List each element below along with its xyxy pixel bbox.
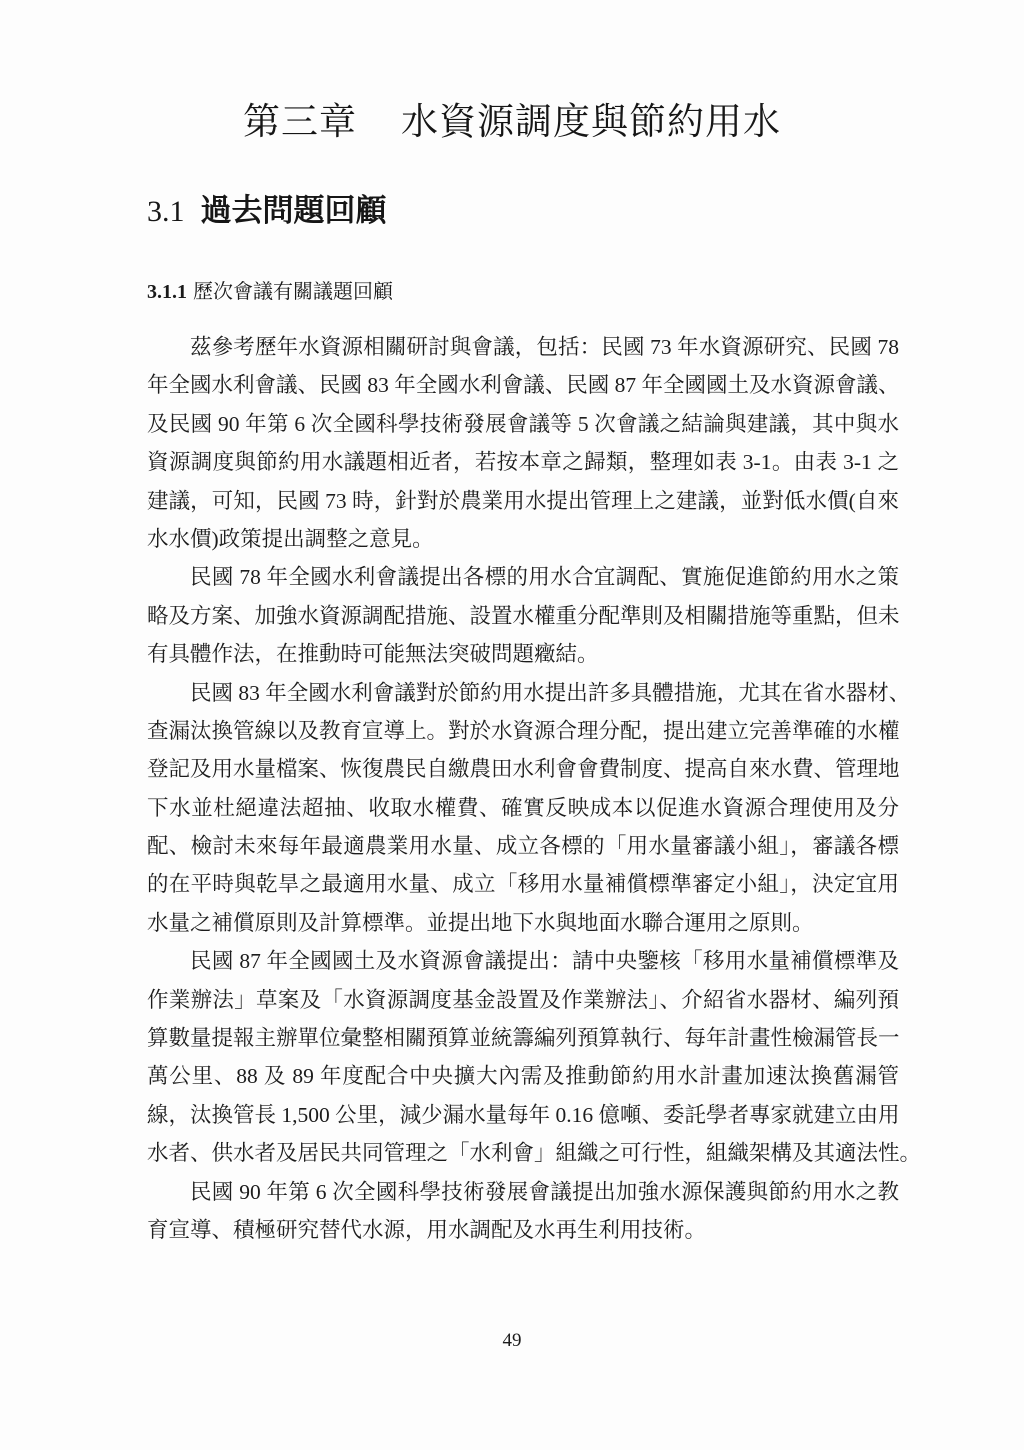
section-heading: 3.1過去問題回顧 bbox=[147, 188, 387, 234]
text-line: 查漏汰換管線以及教育宣導上。對於水資源合理分配，提出建立完善準確的水權 bbox=[147, 712, 899, 750]
chapter-label: 第三章 bbox=[243, 100, 357, 143]
paragraph-1989-meeting: 民國 78 年全國水利會議提出各標的用水合宜調配、實施促進節約用水之策 略及方案… bbox=[147, 558, 899, 673]
text-line: 算數量提報主辦單位彙整相關預算並統籌編列預算執行、每年計畫性檢漏管長一 bbox=[147, 1019, 899, 1057]
subsection-heading: 3.1.1歷次會議有關議題回顧 bbox=[147, 277, 393, 306]
text-line: 略及方案、加強水資源調配措施、設置水權重分配準則及相關措施等重點，但未 bbox=[147, 597, 899, 635]
text-line: 茲參考歷年水資源相關研討與會議，包括：民國 73 年水資源研究、民國 78 bbox=[147, 328, 899, 366]
chapter-heading: 第三章水資源調度與節約用水 bbox=[0, 98, 1024, 146]
text-line: 年全國水利會議、民國 83 年全國水利會議、民國 87 年全國國土及水資源會議、 bbox=[147, 366, 899, 404]
section-title-text: 過去問題回顧 bbox=[201, 193, 387, 229]
paragraph-meetings-overview: 茲參考歷年水資源相關研討與會議，包括：民國 73 年水資源研究、民國 78 年全… bbox=[147, 328, 899, 558]
body-text: 茲參考歷年水資源相關研討與會議，包括：民國 73 年水資源研究、民國 78 年全… bbox=[147, 328, 899, 1249]
text-line: 萬公里、88 及 89 年度配合中央擴大內需及推動節約用水計畫加速汰換舊漏管 bbox=[147, 1057, 899, 1095]
text-line: 民國 87 年全國國土及水資源會議提出：請中央鑒核「移用水量補償標準及 bbox=[147, 942, 899, 980]
text-line: 民國 83 年全國水利會議對於節約用水提出許多具體措施，尤其在省水器材、 bbox=[147, 674, 899, 712]
text-line: 民國 78 年全國水利會議提出各標的用水合宜調配、實施促進節約用水之策 bbox=[147, 558, 899, 596]
text-line: 作業辦法」草案及「水資源調度基金設置及作業辦法」、介紹省水器材、編列預 bbox=[147, 981, 899, 1019]
subsection-number: 3.1.1 bbox=[147, 281, 187, 303]
text-line: 民國 90 年第 6 次全國科學技術發展會議提出加強水源保護與節約用水之教 bbox=[147, 1173, 899, 1211]
paragraph-2001-meeting: 民國 90 年第 6 次全國科學技術發展會議提出加強水源保護與節約用水之教 育宣… bbox=[147, 1173, 899, 1250]
text-line: 水量之補償原則及計算標準。並提出地下水與地面水聯合運用之原則。 bbox=[147, 904, 899, 942]
document-page: 第三章水資源調度與節約用水 3.1過去問題回顧 3.1.1歷次會議有關議題回顧 … bbox=[0, 0, 1024, 1450]
text-line: 水者、供水者及居民共同管理之「水利會」組織之可行性，組織架構及其適法性。 bbox=[147, 1134, 899, 1172]
text-line: 有具體作法，在推動時可能無法突破問題癥結。 bbox=[147, 635, 899, 673]
text-line: 線，汰換管長 1,500 公里，減少漏水量每年 0.16 億噸、委託學者專家就建… bbox=[147, 1096, 899, 1134]
text-line: 下水並杜絕違法超抽、收取水權費、確實反映成本以促進水資源合理使用及分 bbox=[147, 789, 899, 827]
text-line: 的在平時與乾旱之最適用水量、成立「移用水量補償標準審定小組」，決定宜用 bbox=[147, 865, 899, 903]
text-line: 育宣導、積極研究替代水源，用水調配及水再生利用技術。 bbox=[147, 1211, 899, 1249]
page-number: 49 bbox=[0, 1330, 1024, 1352]
text-line: 及民國 90 年第 6 次全國科學技術發展會議等 5 次會議之結論與建議，其中與… bbox=[147, 405, 899, 443]
text-line: 資源調度與節約用水議題相近者，若按本章之歸類，整理如表 3-1。由表 3-1 之 bbox=[147, 443, 899, 481]
paragraph-1998-meeting: 民國 87 年全國國土及水資源會議提出：請中央鑒核「移用水量補償標準及 作業辦法… bbox=[147, 942, 899, 1172]
paragraph-1994-meeting: 民國 83 年全國水利會議對於節約用水提出許多具體措施，尤其在省水器材、 查漏汰… bbox=[147, 674, 899, 943]
chapter-title-text: 水資源調度與節約用水 bbox=[401, 100, 781, 143]
section-number: 3.1 bbox=[147, 195, 185, 228]
text-line: 建議，可知，民國 73 時，針對於農業用水提出管理上之建議，並對低水價(自來 bbox=[147, 482, 899, 520]
text-line: 配、檢討未來每年最適農業用水量、成立各標的「用水量審議小組」，審議各標 bbox=[147, 827, 899, 865]
text-line: 水水價)政策提出調整之意見。 bbox=[147, 520, 899, 558]
subsection-title-text: 歷次會議有關議題回顧 bbox=[193, 281, 393, 303]
text-line: 登記及用水量檔案、恢復農民自繳農田水利會會費制度、提高自來水費、管理地 bbox=[147, 750, 899, 788]
